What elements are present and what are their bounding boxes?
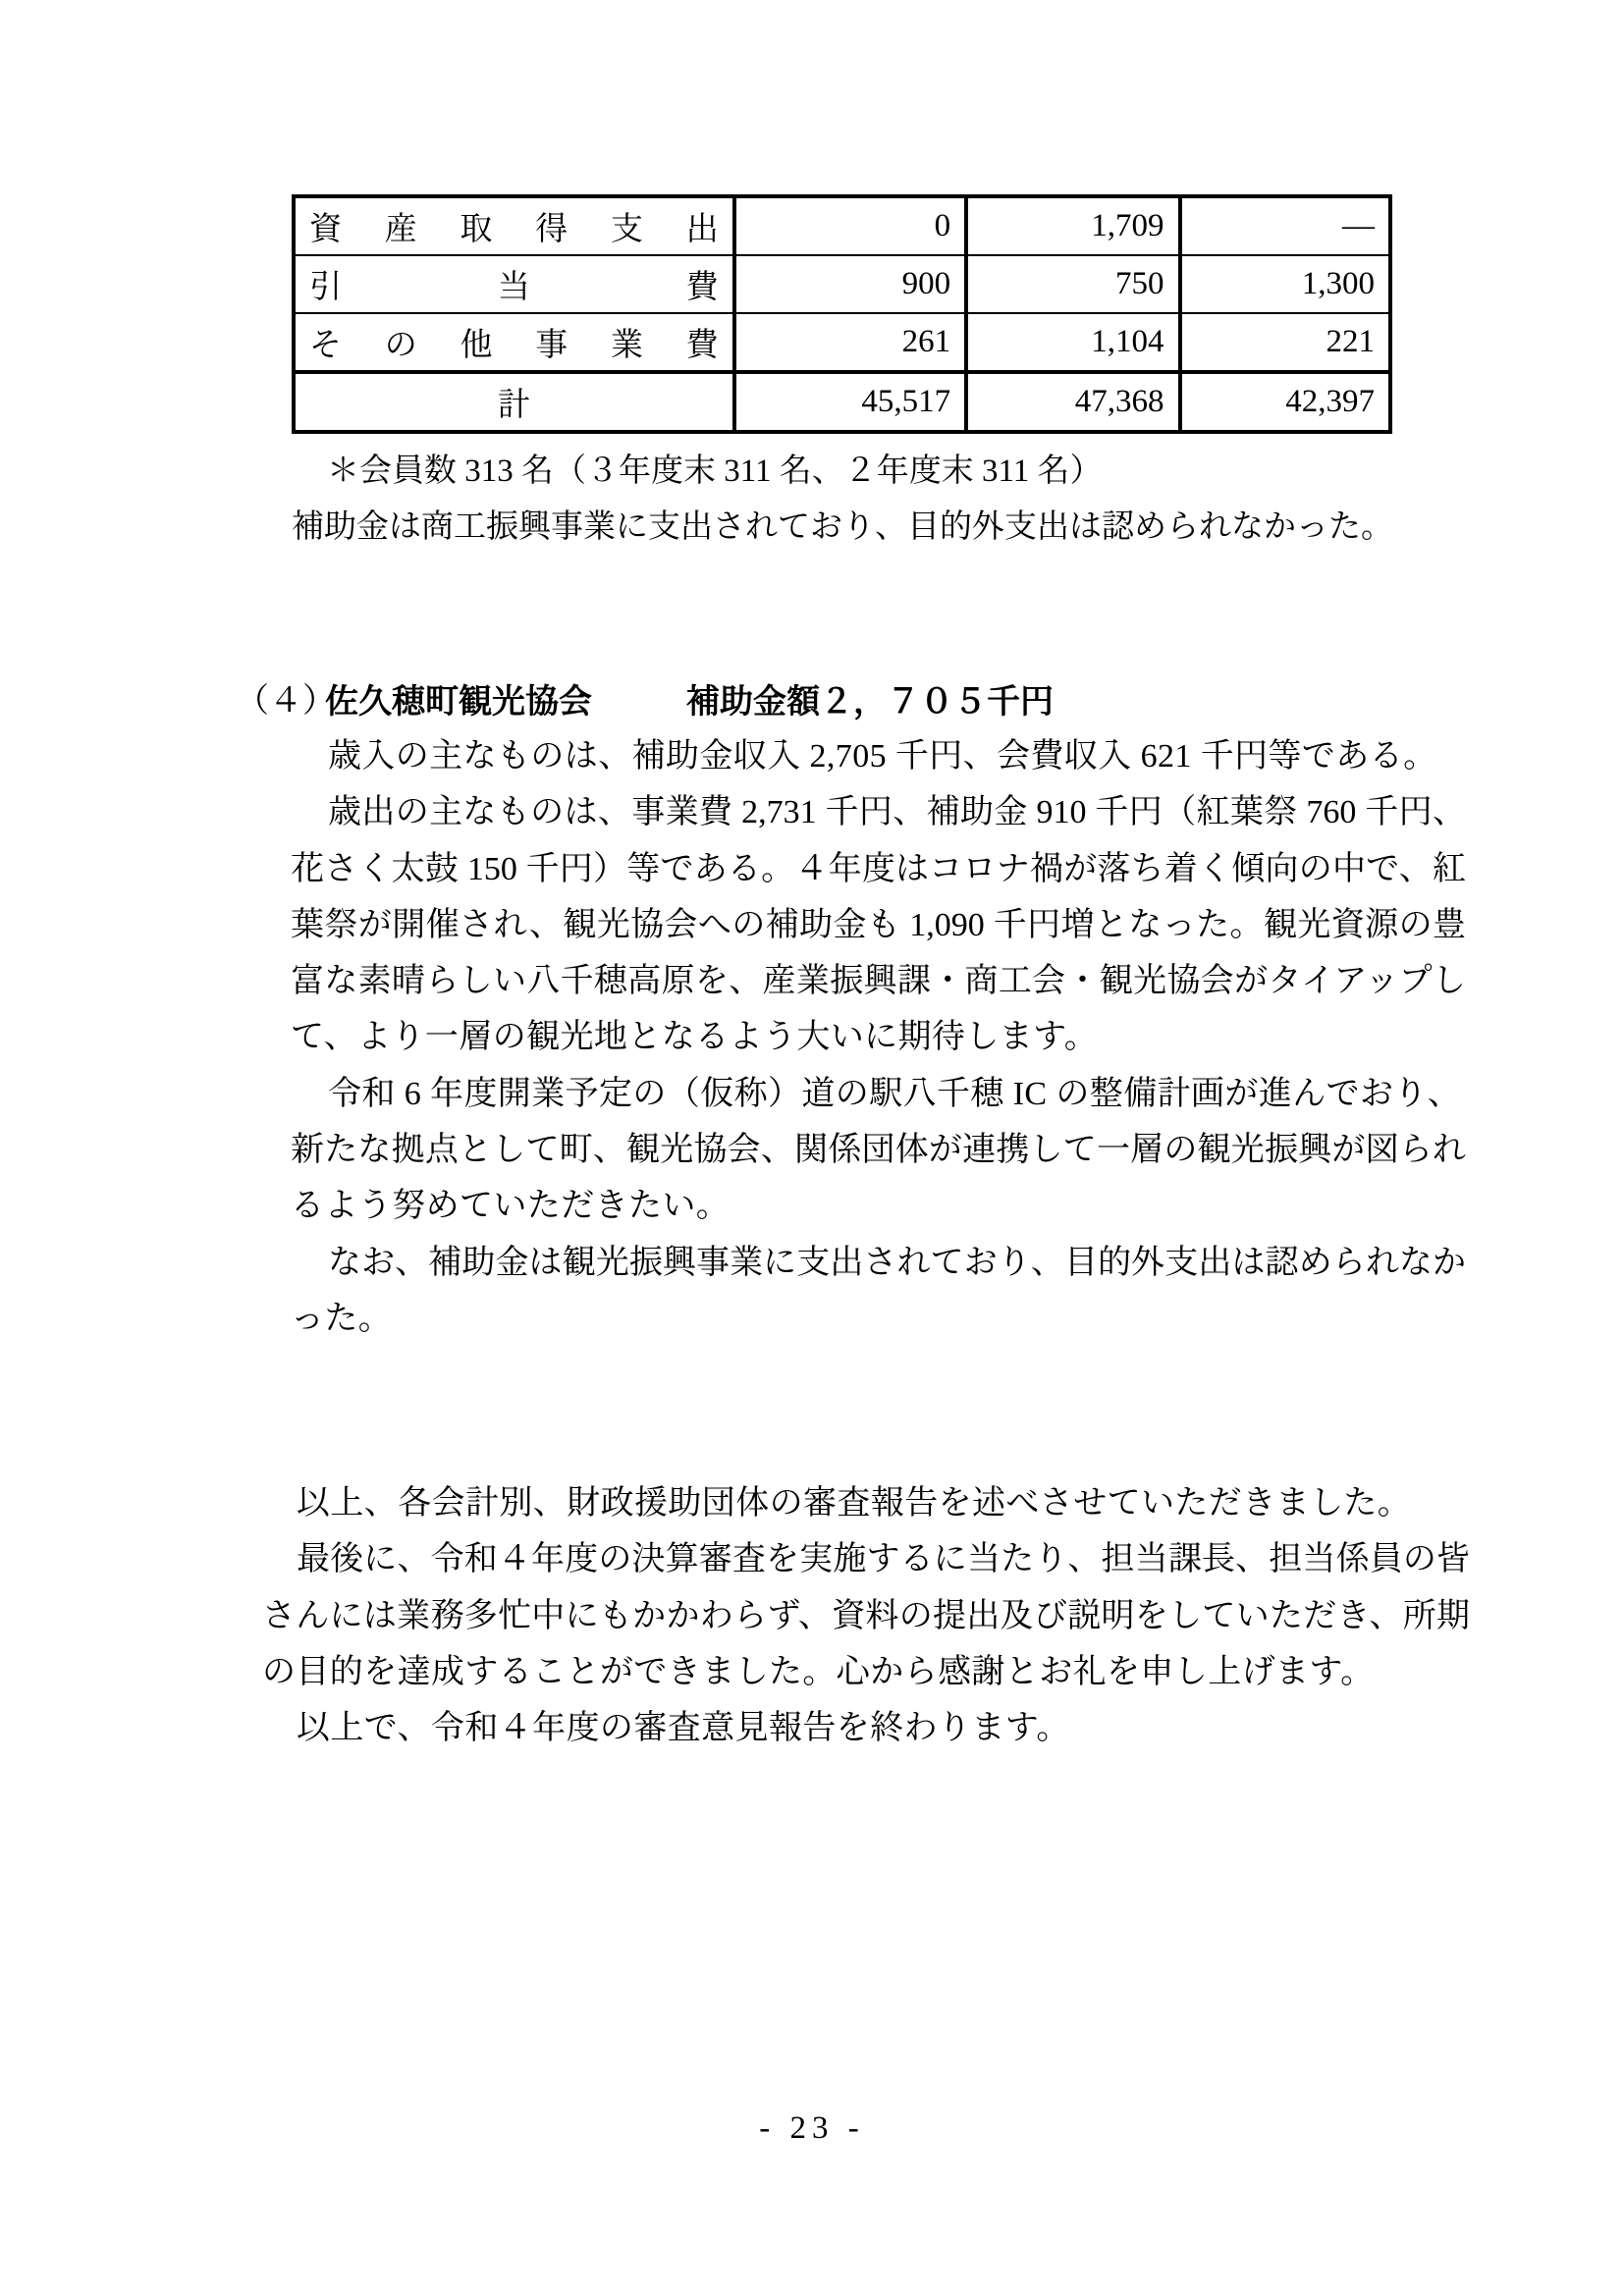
expense-table: 資産取得支出 0 1,709 ― 引当費 900 750 1,300 その他事業… xyxy=(292,194,1392,434)
body-line: 令和 6 年度開業予定の（仮称）道の駅八千穂 IC の整備計画が進んでおり、 xyxy=(291,1066,1466,1122)
body-line: 以上、各会計別、財政援助団体の審査報告を述べさせていただきました。 xyxy=(262,1475,1470,1531)
body-line: 以上で、令和４年度の審査意見報告を終わります。 xyxy=(262,1700,1470,1756)
cell-value: 0 xyxy=(732,198,964,254)
section-subsidy-amount: 補助金額２，７０５千円 xyxy=(686,679,1054,724)
page-number: - 23 - xyxy=(0,2110,1624,2147)
cell-value: 900 xyxy=(732,256,964,312)
body-line: 新たな拠点として町、観光協会、関係団体が連携して一層の観光振興が図られ xyxy=(291,1122,1466,1178)
body-line: 富な素晴らしい八千穂高原を、産業振興課・商工会・観光協会がタイアップし xyxy=(291,953,1466,1009)
row-label-asset-acquisition: 資産取得支出 xyxy=(296,198,732,254)
body-line: 歳出の主なものは、事業費 2,731 千円、補助金 910 千円（紅葉祭 760… xyxy=(291,784,1466,840)
table-row: その他事業費 261 1,104 221 xyxy=(296,312,1388,370)
cell-value: 1,709 xyxy=(964,198,1177,254)
cell-value: 221 xyxy=(1178,314,1388,370)
closing-remarks: 以上、各会計別、財政援助団体の審査報告を述べさせていただきました。 最後に、令和… xyxy=(262,1475,1470,1756)
body-line: さんには業務多忙中にもかかわらず、資料の提出及び説明をしていただき、所期 xyxy=(262,1588,1470,1644)
row-label-provision-expense: 引当費 xyxy=(296,256,732,312)
document-page: 資産取得支出 0 1,709 ― 引当費 900 750 1,300 その他事業… xyxy=(0,0,1624,2296)
body-line: 葉祭が開催され、観光協会への補助金も 1,090 千円増となった。観光資源の豊 xyxy=(291,897,1466,953)
body-line: った。 xyxy=(291,1291,1466,1347)
body-line: 最後に、令和４年度の決算審査を実施するに当たり、担当課長、担当係員の皆 xyxy=(262,1531,1470,1587)
body-line: 花さく太鼓 150 千円）等である。４年度はコロナ禍が落ち着く傾向の中で、紅 xyxy=(291,841,1466,897)
table-row-total: 計 45,517 47,368 42,397 xyxy=(296,370,1388,430)
row-label-other-business-expense: その他事業費 xyxy=(296,314,732,370)
member-count-note: ＊会員数 313 名（３年度末 311 名、２年度末 311 名） xyxy=(327,450,1103,493)
cell-value: 45,517 xyxy=(732,374,964,430)
body-line: るよう努めていただきたい。 xyxy=(291,1178,1466,1234)
cell-value: 1,104 xyxy=(964,314,1177,370)
table-row: 引当費 900 750 1,300 xyxy=(296,254,1388,312)
section-org-name: 佐久穂町観光協会 xyxy=(325,679,592,724)
body-line: なお、補助金は観光振興事業に支出されており、目的外支出は認められなか xyxy=(291,1235,1466,1291)
cell-value: 42,397 xyxy=(1178,374,1388,430)
subsidy-usage-note: 補助金は商工振興事業に支出されており、目的外支出は認められなかった。 xyxy=(292,506,1393,549)
row-label-total: 計 xyxy=(296,374,732,430)
cell-value: 1,300 xyxy=(1178,256,1388,312)
cell-value: 261 xyxy=(732,314,964,370)
cell-value: ― xyxy=(1178,198,1388,254)
cell-value: 750 xyxy=(964,256,1177,312)
body-line: て、より一層の観光地となるよう大いに期待します。 xyxy=(291,1009,1466,1065)
body-line: の目的を達成することができました。心から感謝とお礼を申し上げます。 xyxy=(262,1644,1470,1700)
table-row: 資産取得支出 0 1,709 ― xyxy=(296,198,1388,254)
body-line: 歳入の主なものは、補助金収入 2,705 千円、会費収入 621 千円等である。 xyxy=(291,728,1466,784)
section-body: 歳入の主なものは、補助金収入 2,705 千円、会費収入 621 千円等である。… xyxy=(291,728,1466,1347)
cell-value: 47,368 xyxy=(964,374,1177,430)
section-number: （４） xyxy=(236,679,336,724)
